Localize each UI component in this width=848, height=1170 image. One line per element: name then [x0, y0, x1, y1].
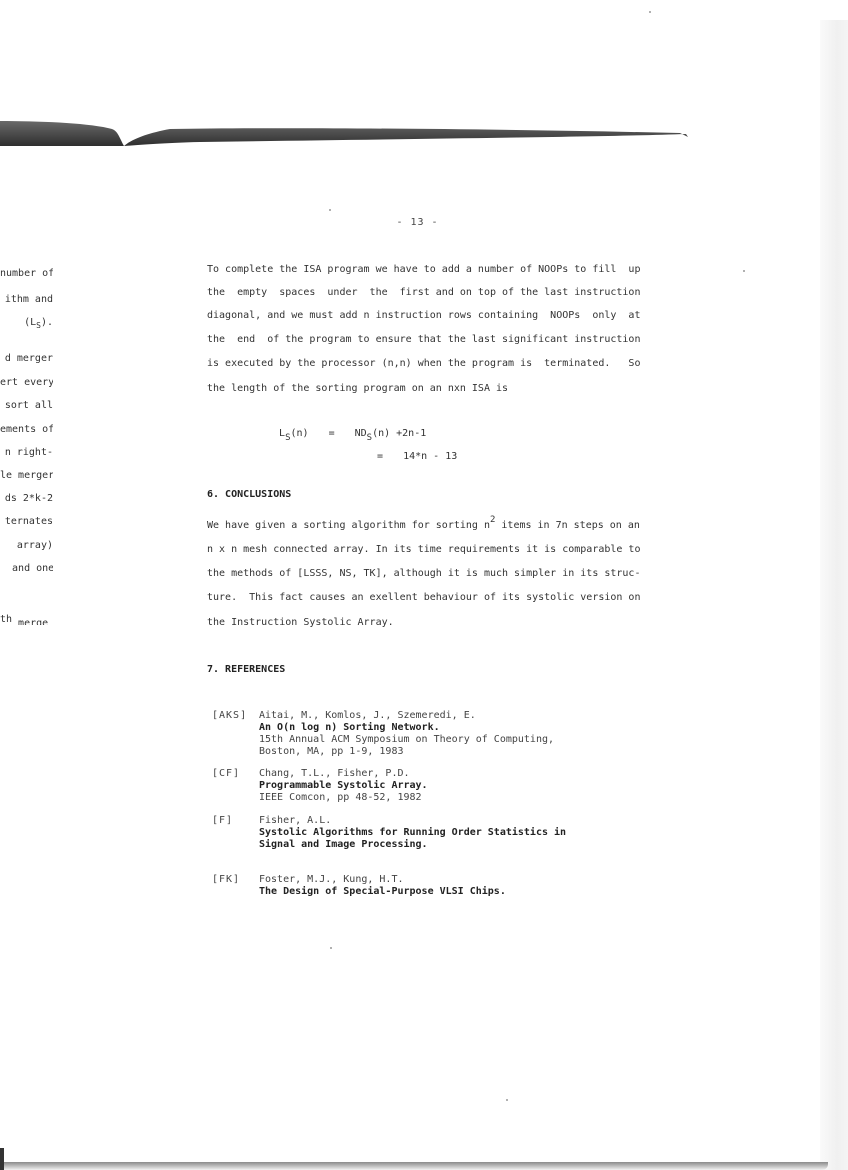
paragraph-line: To complete the ISA program we have to a…: [207, 264, 633, 276]
paragraph-line: is executed by the processor (n,n) when …: [207, 358, 633, 370]
formula-equals: =: [329, 428, 335, 439]
reference-authors: Aitai, M., Komlos, J., Szemeredi, E.: [259, 710, 659, 722]
reference-venue: Boston, MA, pp 1-9, 1983: [259, 746, 659, 758]
paragraph-line: n x n mesh connected array. In its time …: [207, 544, 633, 556]
reference-title: Programmable Systolic Array.: [259, 780, 659, 792]
reference-venue: IEEE Comcon, pp 48-52, 1982: [259, 792, 659, 804]
reference-venue: 15th Annual ACM Symposium on Theory of C…: [259, 734, 659, 746]
fragment-line: ert every: [0, 377, 53, 388]
paragraph-text: We have given a sorting algorithm for so…: [207, 520, 490, 531]
reference-authors: Foster, M.J., Kung, H.T.: [259, 874, 659, 886]
fragment-line: and one: [0, 563, 53, 574]
paragraph-line: ture. This fact causes an exellent behav…: [207, 592, 633, 604]
conclusions-heading: 6. CONCLUSIONS: [207, 489, 291, 500]
fragment-line: ithm and: [0, 294, 53, 305]
reference-key: [CF]: [212, 768, 240, 780]
fragment-line: ements of: [0, 424, 53, 435]
fragment-line: number of: [0, 268, 53, 279]
scan-speck: [649, 11, 651, 13]
scan-speck: [330, 947, 332, 949]
scan-speck: [506, 1099, 508, 1101]
scan-corner-left: [0, 1148, 4, 1170]
reference-authors: Fisher, A.L.: [259, 815, 659, 827]
fragment-text: merge: [18, 618, 48, 625]
reference-body: Fisher, A.L. Systolic Algorithms for Run…: [259, 815, 659, 851]
previous-page-edge-shadow: [0, 115, 690, 149]
paragraph-line: We have given a sorting algorithm for so…: [207, 520, 633, 532]
paragraph-line: the end of the program to ensure that th…: [207, 334, 633, 346]
reference-key: [AKS]: [212, 710, 247, 722]
formula-rhs1-rest: (n) +2n-1: [372, 428, 426, 439]
length-formula-line1: LS(n)=NDS(n) +2n-1: [267, 417, 426, 439]
paragraph-line: the length of the sorting program on an …: [207, 383, 633, 395]
fragment-line: n right-: [0, 447, 53, 458]
formula-rhs2: 14*n - 13: [403, 451, 457, 462]
formula-lhs-arg: (n): [291, 428, 309, 439]
paragraph-text: items in 7n steps on an: [495, 520, 640, 531]
reference-body: Foster, M.J., Kung, H.T. The Design of S…: [259, 874, 659, 898]
fragment-line: ternates: [0, 516, 53, 527]
reference-body: Chang, T.L., Fisher, P.D. Programmable S…: [259, 768, 659, 804]
paragraph-line: the methods of [LSSS, NS, TK], although …: [207, 568, 633, 580]
fragment-line: (LS).: [0, 317, 53, 330]
reference-key: [FK]: [212, 874, 240, 886]
fragment-line: array): [0, 540, 53, 551]
formula-equals: =: [377, 451, 383, 462]
paragraph-line: the empty spaces under the first and on …: [207, 287, 633, 299]
scan-speck: [329, 209, 331, 211]
reference-title: Systolic Algorithms for Running Order St…: [259, 827, 659, 839]
fragment-line: sort all: [0, 400, 53, 411]
fragment-superscript: th: [0, 614, 12, 625]
reference-title: An O(n log n) Sorting Network.: [259, 722, 659, 734]
length-formula-line2: =14*n - 13: [365, 440, 457, 462]
reference-title: Signal and Image Processing.: [259, 839, 659, 851]
fragment-text: (L: [24, 317, 36, 328]
scan-shadow-bottom: [0, 1162, 828, 1170]
references-heading: 7. REFERENCES: [207, 664, 285, 675]
paragraph-line: diagonal, and we must add n instruction …: [207, 310, 633, 322]
fragment-line: thmerge: [0, 614, 56, 625]
fragment-text: ).: [41, 317, 53, 328]
reference-authors: Chang, T.L., Fisher, P.D.: [259, 768, 659, 780]
fragment-line: ds 2*k-2: [0, 493, 53, 504]
reference-body: Aitai, M., Komlos, J., Szemeredi, E. An …: [259, 710, 659, 758]
reference-title: The Design of Special-Purpose VLSI Chips…: [259, 886, 659, 898]
paragraph-line: the Instruction Systolic Array.: [207, 617, 633, 629]
scan-speck: [743, 270, 745, 272]
fragment-line: le merger: [0, 470, 53, 481]
reference-key: [F]: [212, 815, 233, 827]
fragment-line: d merger: [0, 353, 53, 364]
formula-rhs1-base: ND: [355, 428, 367, 439]
scan-shadow-right: [820, 20, 848, 1170]
page-number: - 13 -: [0, 217, 835, 228]
